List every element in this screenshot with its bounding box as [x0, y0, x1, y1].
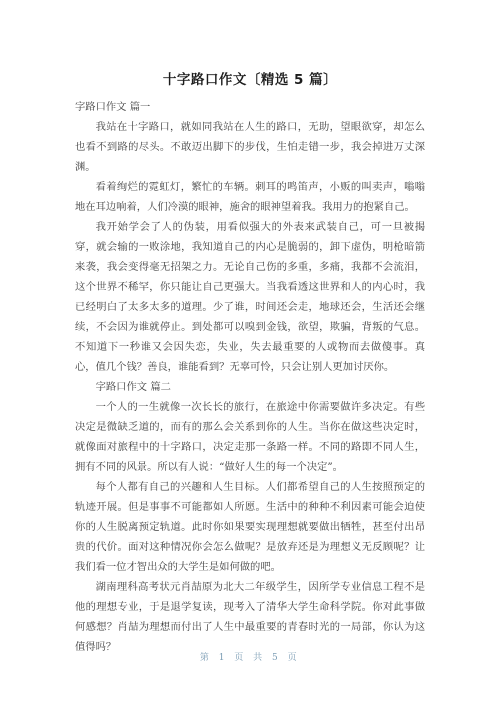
document-body: 字路口作文 篇一 我站在十字路口，就如同我站在人生的路口，无助，望眼欲穿，却怎么… [75, 97, 425, 657]
paragraph: 我开始学会了人的伪装，用看似强大的外表来武装自己，可一旦被揭穿，就会输的一败涂地… [75, 217, 425, 377]
paragraph: 每个人都有自己的兴趣和人生目标。人们都希望自己的人生按照预定的轨迹开展。但是事事… [75, 477, 425, 577]
section-heading-2: 字路口作文 篇二 [75, 377, 425, 397]
paragraph: 湖南理科高考状元肖喆原为北大二年级学生，因所学专业信息工程不是他的理想专业，于是… [75, 577, 425, 657]
document-title: 十字路口作文〔精选 5 篇〕 [75, 68, 425, 92]
paragraph: 看着绚烂的霓虹灯，繁忙的车辆。刺耳的鸣笛声，小贩的叫卖声，嗡嗡地在耳边响着，人们… [75, 177, 425, 217]
paragraph: 一个人的一生就像一次长长的旅行，在旅途中你需要做许多决定。有些决定是微缺乏道的，… [75, 397, 425, 477]
section-heading-1: 字路口作文 篇一 [75, 97, 425, 117]
document-page: 十字路口作文〔精选 5 篇〕 字路口作文 篇一 我站在十字路口，就如同我站在人生… [0, 0, 500, 707]
paragraph: 我站在十字路口，就如同我站在人生的路口，无助，望眼欲穿，却怎么也看不到路的尽头。… [75, 117, 425, 177]
page-footer: 第 1 页 共 5 页 [0, 650, 500, 663]
